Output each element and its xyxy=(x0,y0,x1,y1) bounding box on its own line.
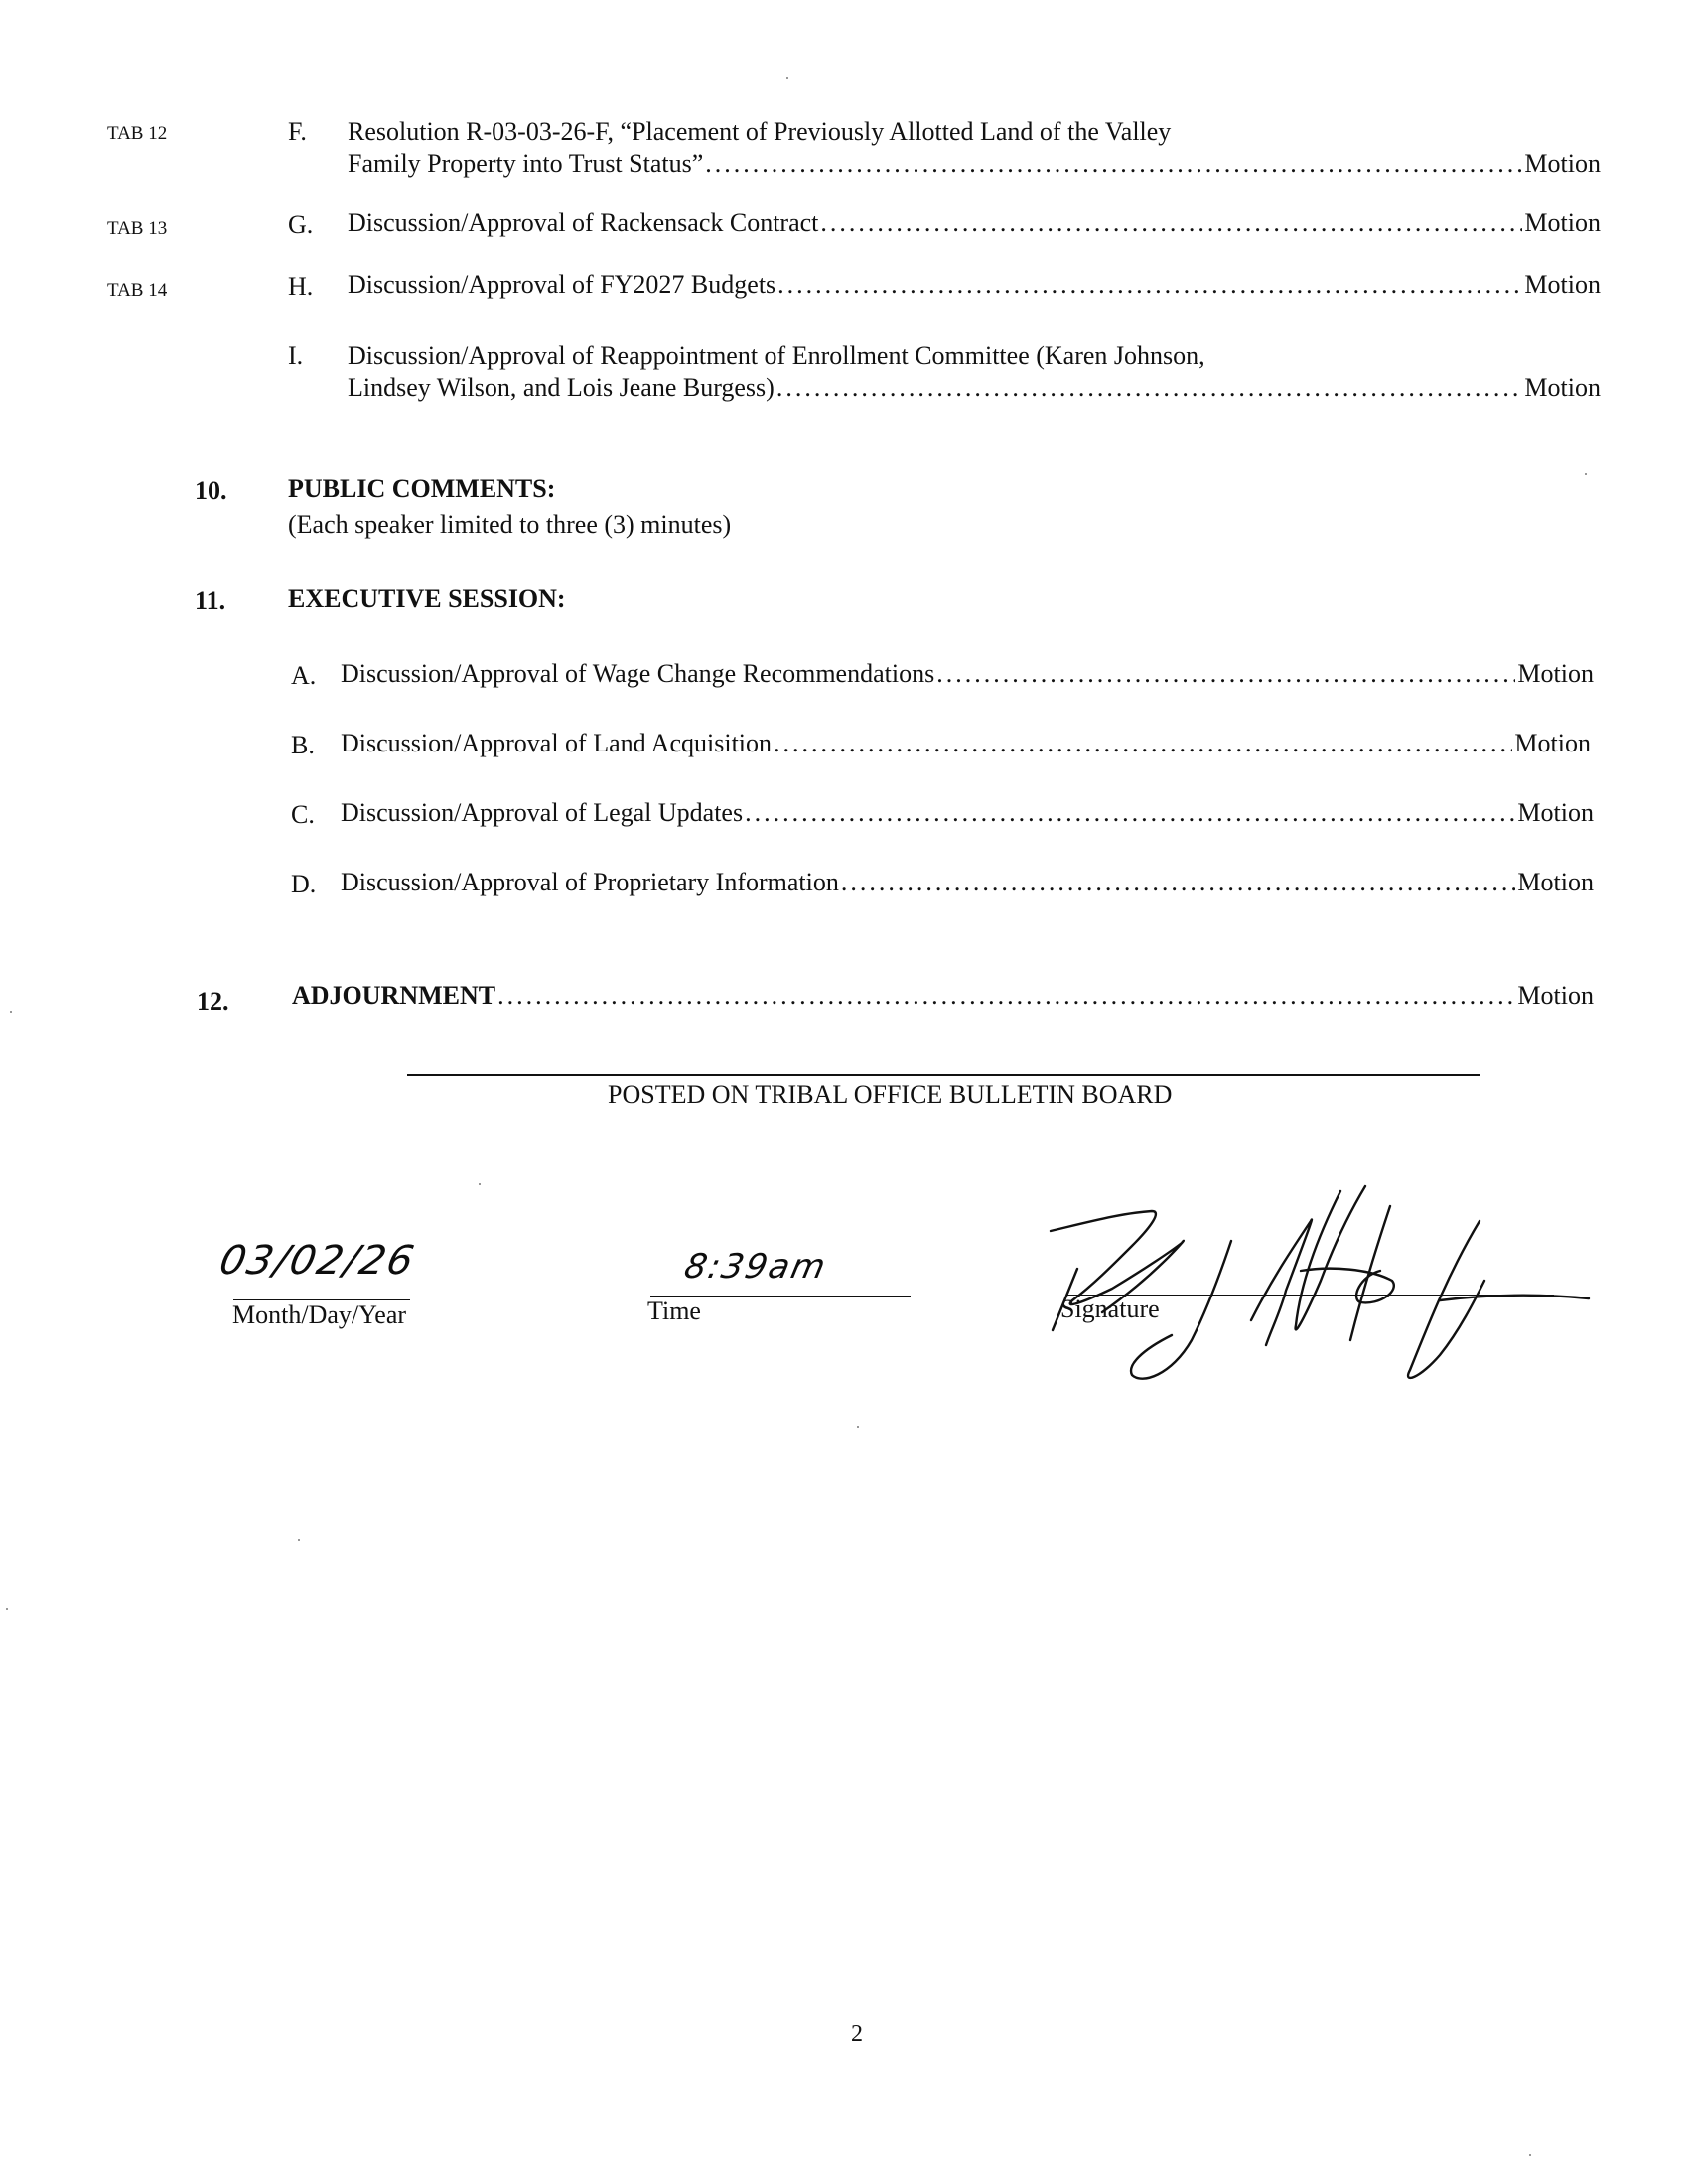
item-letter: F. xyxy=(288,117,307,147)
item-text: Resolution R-03-03-26-F, “Placement of P… xyxy=(348,117,1171,147)
item-text-line2: Family Property into Trust Status” Motio… xyxy=(348,149,1601,179)
action-label: Motion xyxy=(1524,149,1601,179)
action-label: Motion xyxy=(1517,868,1594,897)
posting-caption: POSTED ON TRIBAL OFFICE BULLETIN BOARD xyxy=(608,1080,1172,1110)
time-label: Time xyxy=(647,1297,701,1326)
posting-rule xyxy=(407,1074,1480,1076)
section-heading: PUBLIC COMMENTS: xyxy=(288,475,555,504)
section-heading: ADJOURNMENT xyxy=(292,981,495,1011)
action-label: Motion xyxy=(1524,270,1601,300)
dot-leader xyxy=(774,729,1512,758)
dot-leader xyxy=(820,208,1522,238)
section-number: 12. xyxy=(197,987,229,1017)
action-label: Motion xyxy=(1524,373,1601,403)
item-row: Discussion/Approval of FY2027 Budgets Mo… xyxy=(348,270,1601,300)
item-letter: C. xyxy=(291,800,315,830)
item-row: Discussion/Approval of Legal Updates Mot… xyxy=(341,798,1594,828)
scan-artifact xyxy=(10,1011,12,1013)
scan-artifact xyxy=(479,1183,481,1185)
tab-label: TAB 13 xyxy=(107,218,167,240)
dot-leader xyxy=(936,659,1515,689)
section-heading: EXECUTIVE SESSION: xyxy=(288,584,566,614)
item-letter: H. xyxy=(288,272,313,302)
page-number: 2 xyxy=(851,2019,863,2049)
scan-artifact xyxy=(1585,473,1587,475)
item-letter: D. xyxy=(291,870,316,899)
item-row: Discussion/Approval of Land Acquisition … xyxy=(341,729,1591,758)
item-text-line2: Lindsey Wilson, and Lois Jeane Burgess) … xyxy=(348,373,1601,403)
section-number: 11. xyxy=(195,586,225,615)
dot-leader xyxy=(777,270,1522,300)
item-row: ADJOURNMENT Motion xyxy=(292,981,1594,1011)
scan-artifact xyxy=(6,1608,8,1610)
scan-artifact xyxy=(857,1426,859,1428)
dot-leader xyxy=(841,868,1516,897)
action-label: Motion xyxy=(1517,659,1594,689)
handwritten-time: 8:39am xyxy=(681,1247,831,1287)
action-label: Motion xyxy=(1517,798,1594,828)
action-label: Motion xyxy=(1514,729,1591,758)
item-letter: G. xyxy=(288,210,313,240)
item-text: Discussion/Approval of Reappointment of … xyxy=(348,341,1205,371)
item-letter: I. xyxy=(288,341,303,371)
date-label: Month/Day/Year xyxy=(232,1300,406,1330)
action-label: Motion xyxy=(1524,208,1601,238)
dot-leader xyxy=(776,373,1523,403)
dot-leader xyxy=(497,981,1515,1011)
section-note: (Each speaker limited to three (3) minut… xyxy=(288,510,731,540)
item-row: Discussion/Approval of Proprietary Infor… xyxy=(341,868,1594,897)
dot-leader xyxy=(745,798,1515,828)
scan-artifact xyxy=(1529,2154,1531,2156)
handwritten-date: 03/02/26 xyxy=(216,1241,419,1281)
dot-leader xyxy=(705,149,1522,179)
item-row: Discussion/Approval of Wage Change Recom… xyxy=(341,659,1594,689)
tab-label: TAB 12 xyxy=(107,123,167,145)
action-label: Motion xyxy=(1517,981,1594,1011)
item-letter: B. xyxy=(291,731,315,760)
item-letter: A. xyxy=(291,661,316,691)
scan-artifact xyxy=(786,77,788,79)
section-number: 10. xyxy=(195,477,227,506)
handwritten-signature xyxy=(1033,1152,1628,1390)
scan-artifact xyxy=(298,1539,300,1541)
tab-label: TAB 14 xyxy=(107,280,167,302)
item-row: Discussion/Approval of Rackensack Contra… xyxy=(348,208,1601,238)
